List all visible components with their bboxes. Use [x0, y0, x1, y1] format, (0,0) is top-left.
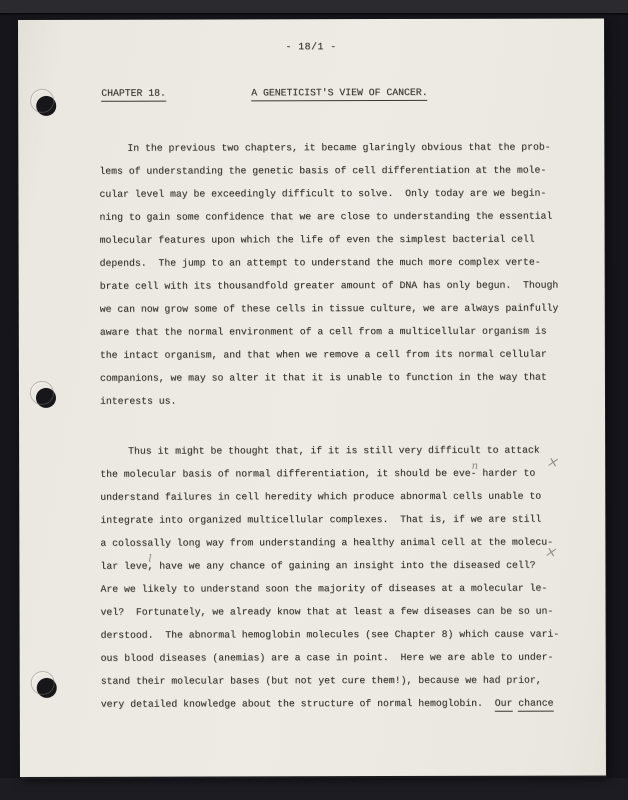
paragraph-1: In the previous two chapters, it became … [99, 136, 575, 413]
typed-text-line: companions, we may so alter it that it i… [100, 366, 575, 390]
chapter-label: CHAPTER 18. [101, 88, 166, 102]
text-segment: depends. The jump to an attempt to under… [100, 257, 541, 269]
typed-text-line: In the previous two chapters, it became … [99, 136, 574, 160]
typed-text-line: molecular features upon which the life o… [100, 228, 575, 252]
text-segment: Are we likely to understand soon the maj… [100, 583, 547, 595]
typed-text-line: integrate into organized multicellular c… [100, 508, 575, 532]
text-segment: - harder to [471, 468, 536, 479]
typed-text-line: Are we likely to understand soon the maj… [100, 577, 575, 601]
text-segment: brate cell with its thousandfold greater… [100, 280, 559, 292]
photo-background: - 18/1 - CHAPTER 18. A GENETICIST'S VIEW… [0, 0, 628, 800]
text-segment: molecular features upon which the life o… [100, 234, 535, 246]
text-segment: integrate into organized multicellular c… [100, 514, 541, 526]
typed-text-line: ous blood diseases (anemias) are a case … [101, 646, 576, 670]
text-segment: the intact organism, and that when we re… [100, 349, 547, 361]
typed-text-line: derstood. The abnormal hemoglobin molecu… [101, 623, 576, 647]
paragraph-2: Thus it might be thought that, if it is … [100, 439, 576, 716]
text-segment: we can now grow some of these cells in t… [100, 303, 559, 315]
text-segment: , have we any chance of gaining an insig… [147, 560, 535, 572]
text-segment: understand failures in cell heredity whi… [100, 491, 541, 503]
typed-text-line: cular level may be exceedingly difficult… [99, 182, 574, 206]
text-segment: vel? Fortunately, we already know that a… [101, 606, 554, 618]
text-segment: the molecular basis of normal differenti… [100, 468, 470, 480]
typed-text-line: ning to gain some confidence that we are… [99, 205, 574, 229]
typed-text-line: aware that the normal environment of a c… [100, 320, 575, 344]
text-segment: companions, we may so alter it that it i… [100, 372, 547, 384]
text-segment: ous blood diseases (anemias) are a case … [101, 652, 554, 664]
text-segment: lar leve [100, 561, 147, 572]
typed-text-line: understand failures in cell heredity whi… [100, 485, 575, 509]
chapter-title: A GENETICIST'S VIEW OF CANCER. [251, 87, 427, 101]
typed-text-line: depends. The jump to an attempt to under… [100, 251, 575, 275]
typed-text-line: interests us. [100, 389, 575, 413]
chapter-heading: CHAPTER 18. A GENETICIST'S VIEW OF CANCE… [18, 86, 604, 104]
typed-text-line: the molecular basis of normal differenti… [100, 462, 575, 486]
page-number: - 18/1 - [18, 40, 604, 53]
underlined-text: chance [518, 698, 553, 712]
underlined-text: Our [495, 698, 513, 712]
typed-text-line: very detailed knowledge about the struct… [101, 692, 576, 716]
text-segment: ning to gain some confidence that we are… [100, 211, 553, 223]
typed-text-line: lar level, have we any chance of gaining… [100, 554, 575, 578]
typed-text-line: a colossally long way from understanding… [100, 531, 575, 555]
typed-text-line: the intact organism, and that when we re… [100, 343, 575, 367]
text-segment: lems of understanding the genetic basis … [99, 165, 546, 177]
typed-text-line: vel? Fortunately, we already know that a… [101, 600, 576, 624]
background-bottom [0, 778, 628, 800]
text-segment: cular level may be exceedingly difficult… [99, 188, 546, 200]
typed-text-line: lems of understanding the genetic basis … [99, 159, 574, 183]
text-segment: aware that the normal environment of a c… [100, 326, 547, 338]
text-segment: interests us. [100, 396, 176, 407]
text-segment: a colossally long way from understanding… [100, 537, 553, 549]
typed-text-line: we can now grow some of these cells in t… [100, 297, 575, 321]
text-segment: stand their molecular bases (but not yet… [101, 675, 542, 687]
punch-hole-icon [37, 678, 57, 698]
typed-text-line: Thus it might be thought that, if it is … [100, 439, 575, 463]
text-segment: In the previous two chapters, it became … [127, 142, 550, 154]
text-segment: Thus it might be thought that, if it is … [128, 445, 540, 457]
typed-text-line: stand their molecular bases (but not yet… [101, 669, 576, 693]
document-page: - 18/1 - CHAPTER 18. A GENETICIST'S VIEW… [18, 18, 606, 777]
typed-text-line: brate cell with its thousandfold greater… [100, 274, 575, 298]
punch-hole-icon [36, 388, 56, 408]
background-top-band [0, 0, 628, 15]
text-segment: very detailed knowledge about the struct… [101, 698, 495, 710]
text-segment: derstood. The abnormal hemoglobin molecu… [101, 629, 560, 641]
